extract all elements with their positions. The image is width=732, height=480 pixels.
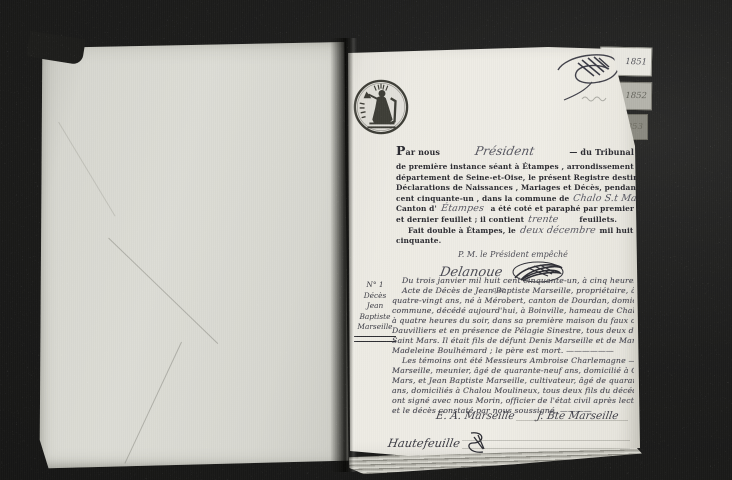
form-printed-text: Fait double à Étampes, le: [408, 226, 516, 237]
form-printed-text: et dernier feuillet ; il contient: [396, 215, 524, 226]
act-type: Décès: [354, 291, 396, 302]
handwritten-folio-count: trente: [527, 215, 559, 226]
act-line: Saint Mars. Il était fils de défunt Deni…: [392, 336, 634, 346]
form-line: cinquante.: [396, 236, 634, 247]
form-line: Par nous Président — du Tribunal: [396, 146, 634, 162]
blank-rule-line: [516, 420, 628, 421]
damaged-corner: [26, 31, 85, 65]
act-line: Dauvilliers et en présence de Pélagie Si…: [392, 326, 634, 336]
form-line: de première instance séant à Étampes , a…: [396, 162, 634, 173]
act-line: Les témoins ont été Messieurs Ambroise C…: [392, 356, 634, 366]
witness-signature-1: E. A. Marseille: [435, 410, 515, 422]
left-blank-page: [36, 42, 349, 470]
handwritten-canton: Étampes: [440, 204, 484, 215]
handwritten-president-name: Président: [439, 146, 570, 157]
deceased-surname: Marseille: [354, 322, 396, 333]
form-printed-text: mil huit cent: [600, 226, 655, 237]
act-line: à quatre heures du soir, dans sa premièr…: [392, 316, 634, 326]
signature-title: P. M. le Président empêché: [458, 250, 634, 259]
blank-rule-line: [462, 448, 630, 449]
page-crease: [124, 342, 182, 464]
timbre-seal-icon: [352, 78, 410, 136]
handwritten-date: deux décembre: [519, 226, 596, 237]
act-line: ont signé avec nous Morin, officier de l…: [392, 396, 634, 406]
page-crease: [58, 122, 116, 217]
handwritten-commune: Chalo S.t Mars: [573, 194, 648, 205]
officer-signature-row: Hautefeuille: [388, 430, 490, 456]
form-line: et dernier feuillet ; il contient trente…: [396, 215, 634, 226]
act-line: Marseille, meunier, âgé de quarante-neuf…: [392, 366, 634, 376]
form-printed-text: Canton d': [396, 204, 437, 215]
form-line: département de Seine-et-Oise, le présent…: [396, 173, 634, 184]
year-tab-label: 1852: [625, 91, 647, 101]
officer-signature: Hautefeuille: [387, 436, 461, 450]
form-printed-text: a été coté et paraphé par premier: [491, 204, 634, 215]
act-line: quatre-vingt ans, né à Mérobert, canton …: [392, 296, 634, 306]
book-scan: 1851 1852 1853: [0, 0, 732, 480]
act-line: Du trois janvier mil huit cent cinquante…: [392, 276, 634, 286]
form-line: cent cinquante-un , dans la commune de C…: [396, 194, 634, 205]
margin-rule: [354, 336, 396, 342]
page-crease: [108, 238, 218, 344]
form-printed-text: feuillets.: [579, 215, 617, 226]
act-line: Madeleine Boulhémard ; le père est mort.…: [392, 346, 634, 356]
form-line: Canton d' Étampes a été coté et paraphé …: [396, 204, 634, 215]
deceased-firstname: Jean Baptiste: [354, 301, 396, 322]
register-title-page: Par nous Président — du Tribunal de prem…: [348, 46, 640, 456]
form-printed-text: Par nous: [396, 146, 440, 158]
margin-note: N° 1 Décès Jean Baptiste Marseille: [354, 280, 396, 342]
act-line: commune, décédé aujourd'hui, à Boinville…: [392, 306, 634, 316]
act-line: Mars, et Jean Baptiste Marseille, cultiv…: [392, 376, 634, 386]
year-tab-label: 1851: [625, 56, 647, 66]
ink-flourish-icon: [464, 430, 490, 456]
printed-form-heading: Par nous Président — du Tribunal de prem…: [396, 146, 634, 294]
act-line: Acte de Décès de Jean Baptiste Marseille…: [392, 286, 634, 296]
act-number: N° 1: [354, 280, 396, 291]
form-printed-text: — du Tribunal: [569, 147, 634, 158]
faint-ink-mark-icon: [580, 93, 612, 103]
death-act-text: Du trois janvier mil huit cent cinquante…: [392, 276, 634, 416]
blank-rule-line: [462, 440, 630, 441]
form-line: Fait double à Étampes, le deux décembre …: [396, 226, 634, 237]
act-line: ans, domiciliés à Chalou Moulineux, tous…: [392, 386, 634, 396]
